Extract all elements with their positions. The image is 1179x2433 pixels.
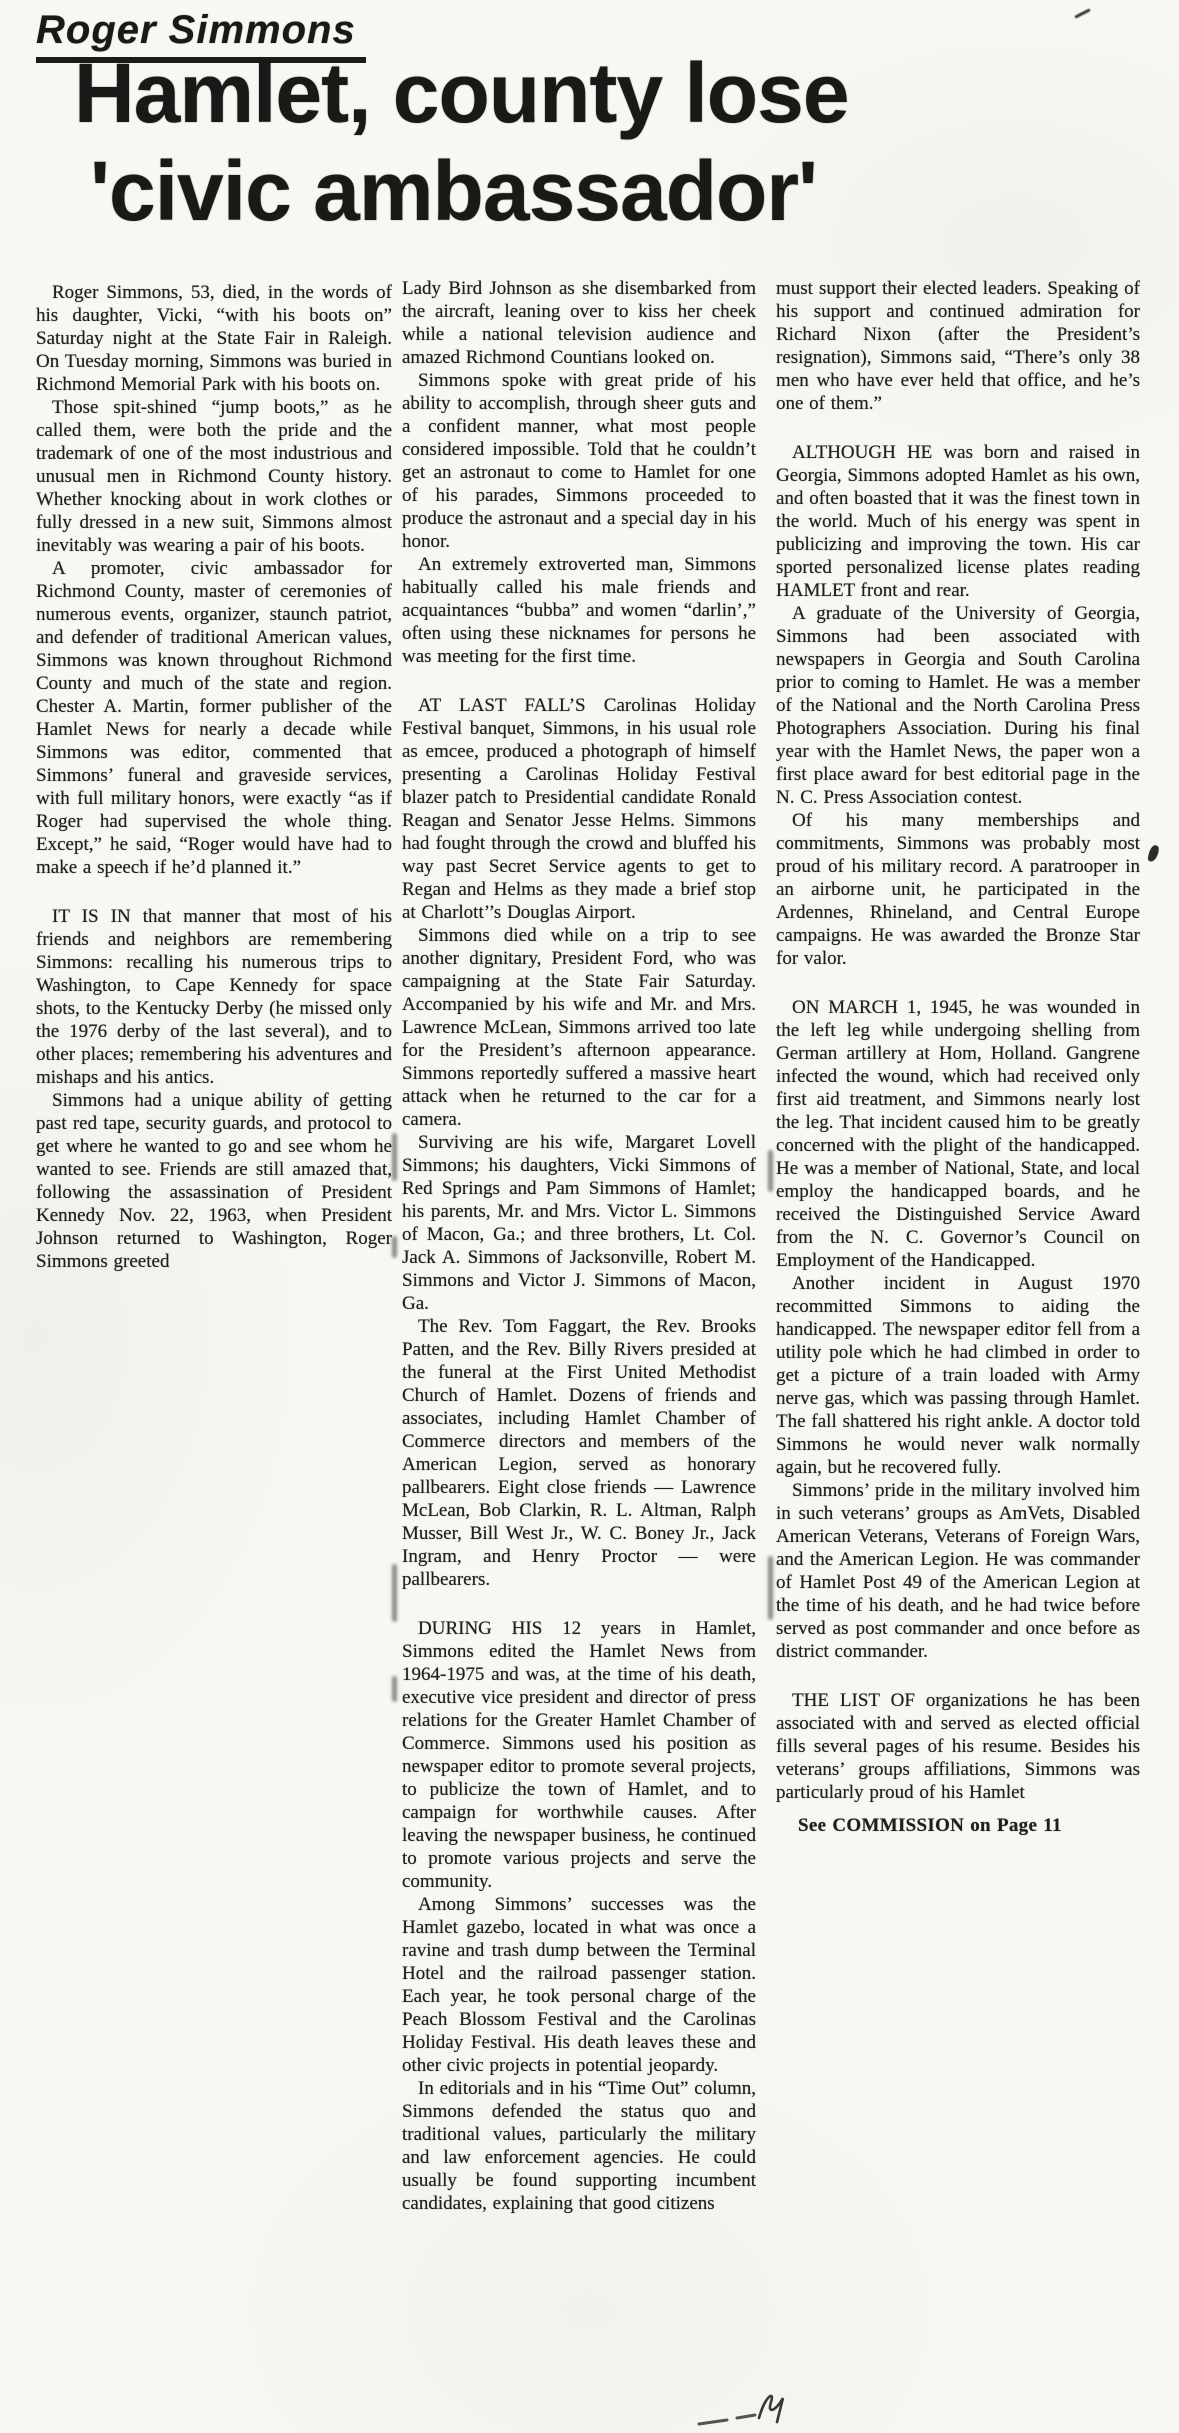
newspaper-clipping: Roger Simmons Hamlet, county lose 'civic… [0,0,1179,2433]
paragraph: must support their elected leaders. Spea… [776,277,1140,415]
gutter-smudge-icon [768,1150,773,1192]
paragraph: Those spit-shined “jump boots,” as he ca… [36,396,392,557]
paragraph: Lady Bird Johnson as she disembarked fro… [402,277,756,369]
article-column-3: must support their elected leaders. Spea… [776,277,1140,1837]
paragraph: Simmons’ pride in the military involved … [776,1479,1140,1663]
paragraph: In editorials and in his “Time Out” colu… [402,2077,756,2215]
paragraph: Simmons spoke with great pride of his ab… [402,369,756,553]
handwritten-flourish-icon [693,2384,813,2430]
paragraph: Simmons died while on a trip to see anot… [402,924,756,1131]
paragraph: A promoter, civic ambassador for Richmon… [36,557,392,879]
pen-tick-mark-icon [1074,8,1091,18]
paragraph: The Rev. Tom Faggart, the Rev. Brooks Pa… [402,1315,756,1591]
gutter-smudge-icon [392,1133,397,1181]
paragraph: ON MARCH 1, 1945, he was wounded in the … [776,996,1140,1272]
paragraph: A graduate of the University of Georgia,… [776,602,1140,809]
paragraph: An extremely extroverted man, Simmons ha… [402,553,756,668]
paragraph: IT IS IN that manner that most of his fr… [36,905,392,1089]
paragraph: Another incident in August 1970 recommit… [776,1272,1140,1479]
article-column-2: Lady Bird Johnson as she disembarked fro… [402,277,756,2215]
article-column-1: Roger Simmons, 53, died, in the words of… [36,281,392,1273]
headline: Hamlet, county lose 'civic ambassador' [70,44,849,240]
gutter-smudge-icon [392,1236,397,1258]
jump-line: See COMMISSION on Page 11 [776,1814,1140,1837]
ink-blot-icon [1147,844,1160,863]
headline-line-1: Hamlet, county lose [70,44,849,142]
paragraph: THE LIST OF organizations he has been as… [776,1689,1140,1804]
gutter-smudge-icon [768,1556,773,1620]
paragraph: DURING HIS 12 years in Hamlet, Simmons e… [402,1617,756,1893]
paragraph: Of his many memberships and commitments,… [776,809,1140,970]
paragraph: AT LAST FALL’S Carolinas Holiday Festiva… [402,694,756,924]
headline-line-2: 'civic ambassador' [70,142,849,240]
paragraph: ALTHOUGH HE was born and raised in Georg… [776,441,1140,602]
paragraph: Roger Simmons, 53, died, in the words of… [36,281,392,396]
gutter-smudge-icon [392,1676,397,1702]
paragraph: Simmons had a unique ability of getting … [36,1089,392,1273]
gutter-smudge-icon [392,1564,397,1622]
paragraph: Among Simmons’ successes was the Hamlet … [402,1893,756,2077]
paragraph: Surviving are his wife, Margaret Lovell … [402,1131,756,1315]
